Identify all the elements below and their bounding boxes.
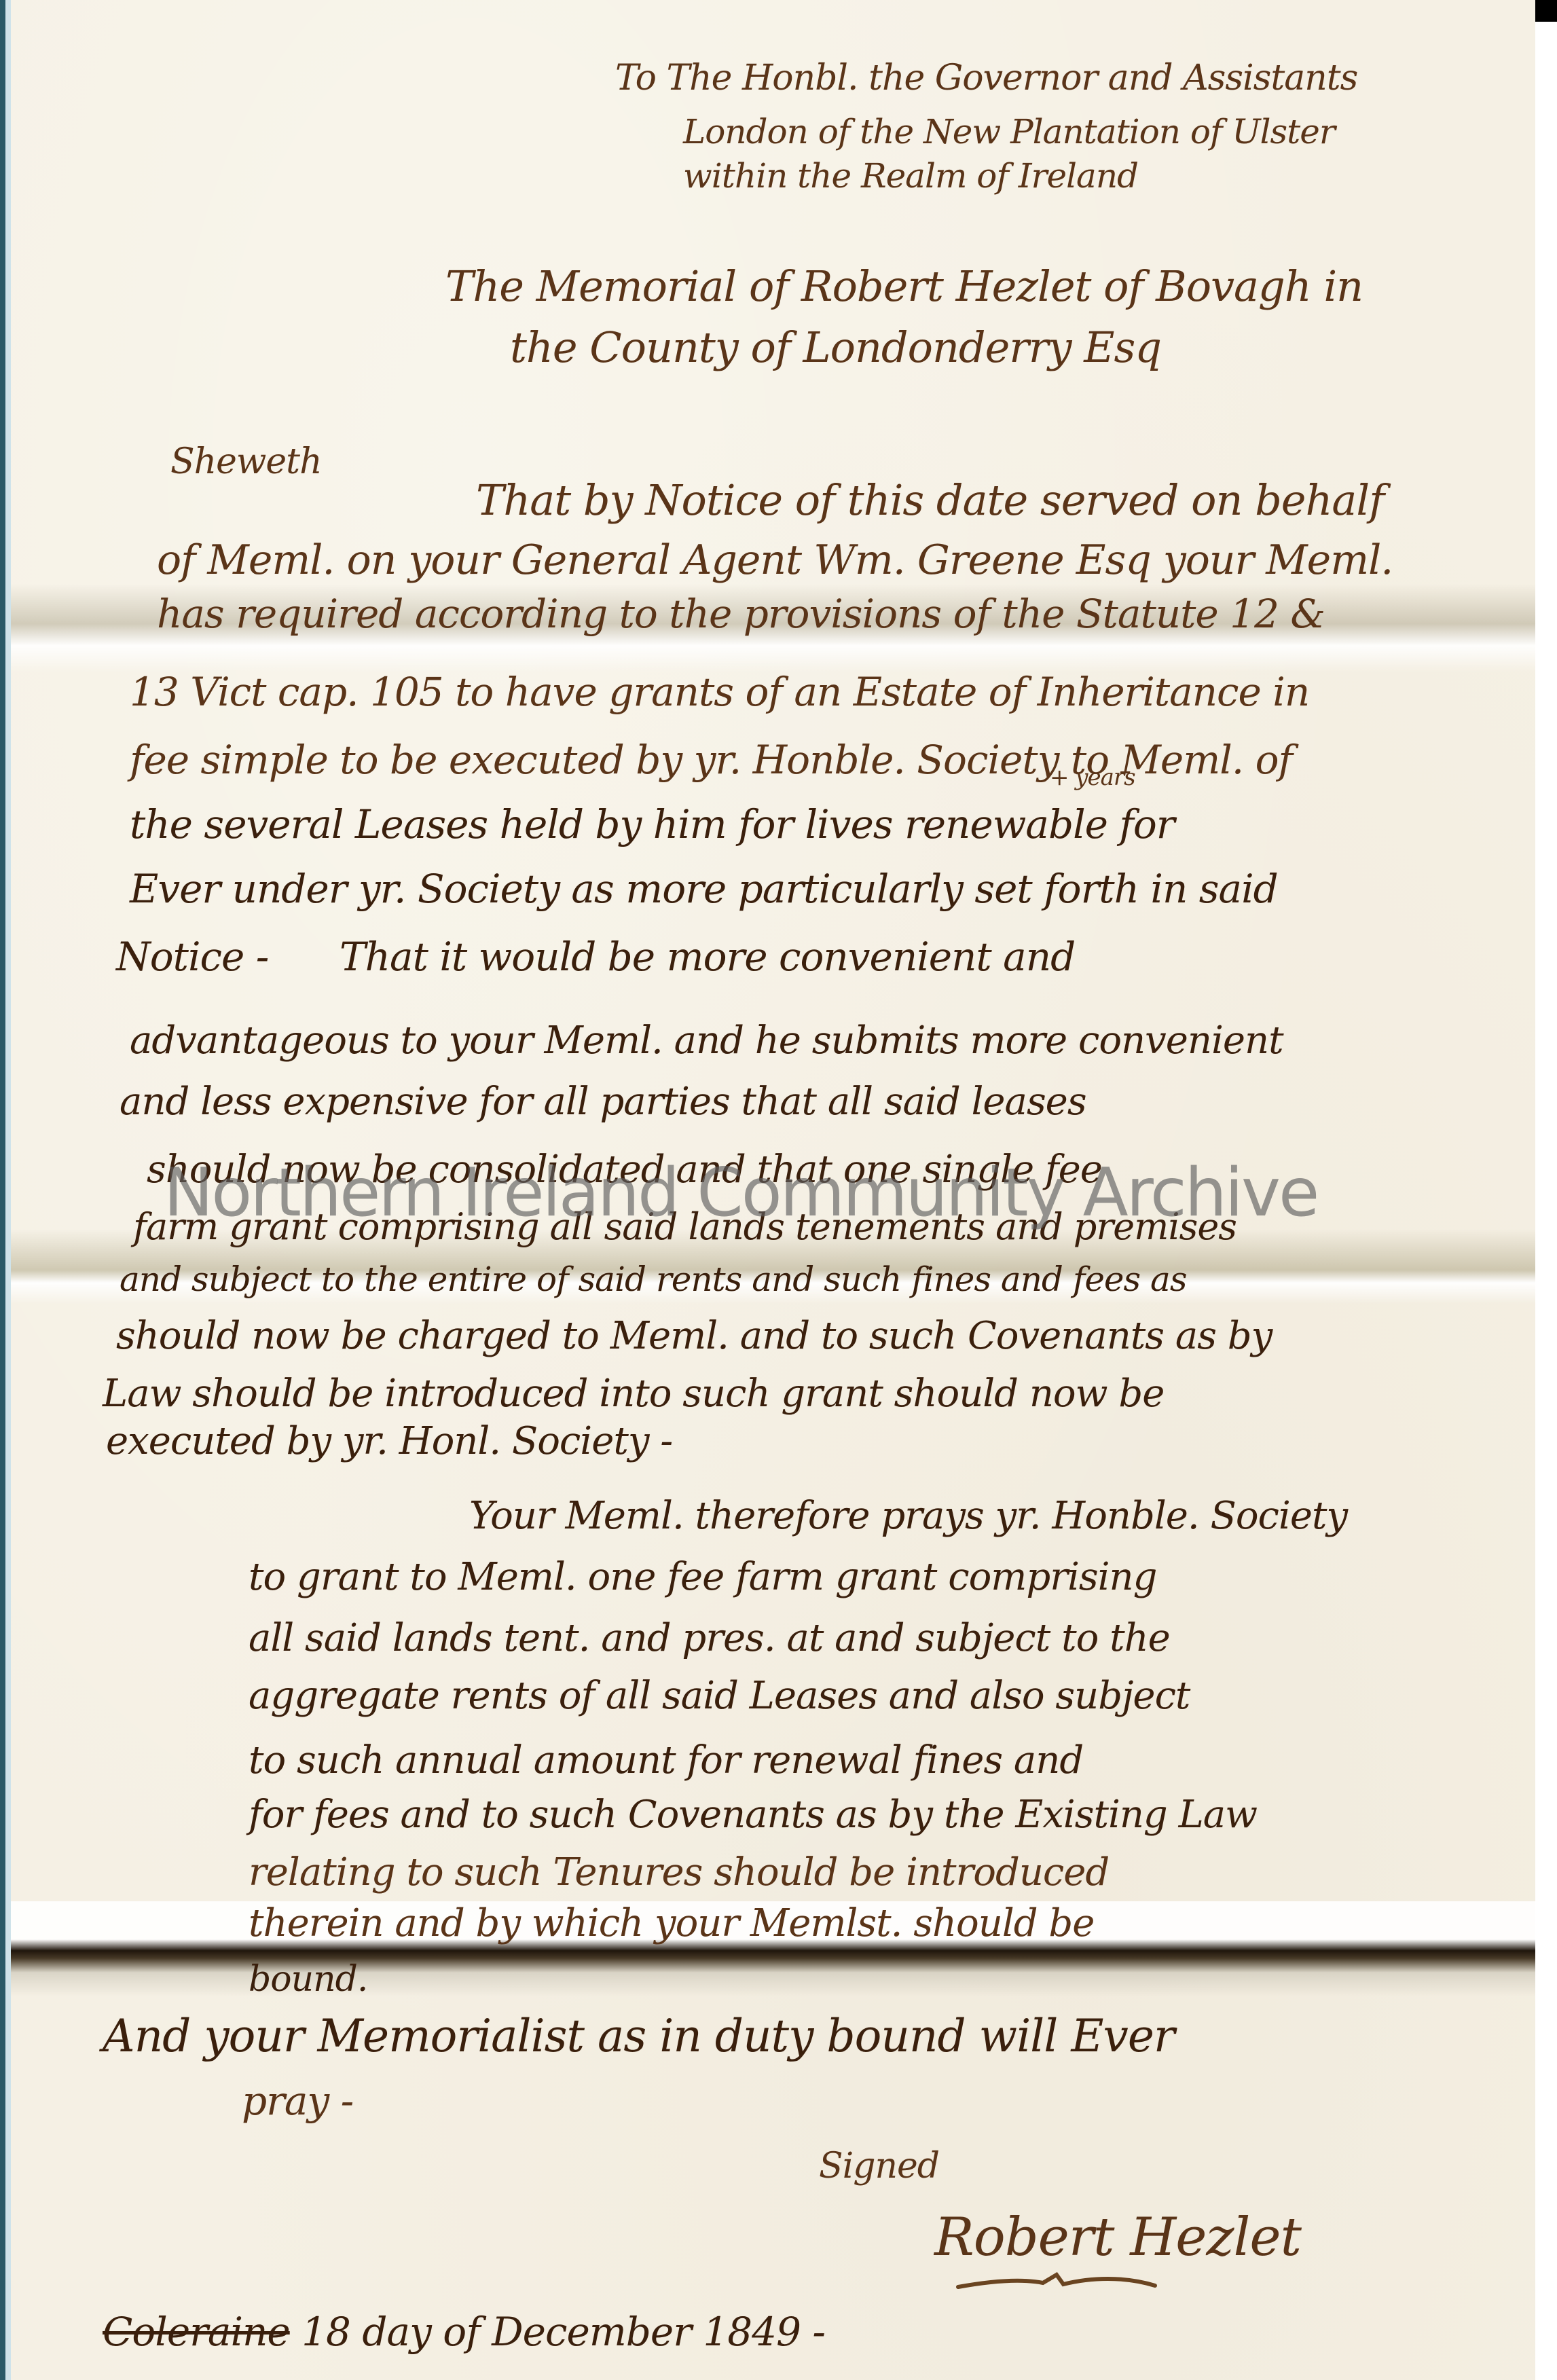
archive-watermark: Northern Ireland Community Archive	[164, 1154, 1317, 1232]
date-text: 18 day of December 1849 -	[301, 2309, 825, 2355]
struck-place-name: Coleraine	[103, 2309, 290, 2355]
memorial-title: the County of Londonderry Esq	[510, 323, 1161, 372]
insertion-note: + years	[1050, 764, 1135, 791]
prayer-line: to grant to Meml. one fee farm grant com…	[249, 1555, 1156, 1599]
signed-label: Signed	[819, 2146, 939, 2186]
document-page: To The Honbl. the Governor and Assistant…	[11, 0, 1535, 2380]
address-line: London of the New Plantation of Ulster	[683, 112, 1335, 151]
body-line: 13 Vict cap. 105 to have grants of an Es…	[130, 669, 1309, 715]
closing-line: pray -	[242, 2078, 353, 2124]
body-line: That by Notice of this date served on be…	[476, 475, 1384, 525]
date-line: Coleraine 18 day of December 1849 -	[103, 2309, 825, 2355]
body-line: and subject to the entire of said rents …	[120, 1260, 1187, 1299]
body-line: and less expensive for all parties that …	[120, 1080, 1086, 1124]
prayer-line: aggregate rents of all said Leases and a…	[249, 1674, 1190, 1718]
body-line: Notice - That it would be more convenien…	[116, 934, 1075, 980]
body-line: the several Leases held by him for lives…	[130, 801, 1175, 847]
body-line: should now be charged to Meml. and to su…	[116, 1314, 1272, 1358]
body-line: has required according to the provisions…	[157, 591, 1325, 637]
prayer-line: relating to such Tenures should be intro…	[249, 1850, 1109, 1894]
scan-frame-left	[0, 0, 11, 2380]
prayer-line: to such annual amount for renewal fines …	[249, 1738, 1083, 1782]
prayer-line: all said lands tent. and pres. at and su…	[249, 1616, 1170, 1660]
signature: Robert Hezlet	[934, 2207, 1301, 2268]
salutation: Sheweth	[170, 441, 322, 482]
body-line: of Meml. on your General Agent Wm. Green…	[157, 536, 1393, 584]
address-line: To The Honbl. the Governor and Assistant…	[615, 58, 1357, 98]
prayer-line: for fees and to such Covenants as by the…	[249, 1793, 1257, 1837]
body-line: executed by yr. Honl. Society -	[106, 1419, 672, 1463]
address-line: within the Realm of Ireland	[683, 156, 1138, 196]
memorial-title: The Memorial of Robert Hezlet of Bovagh …	[445, 261, 1363, 311]
prayer-line: bound.	[249, 1959, 367, 2000]
prayer-line: Your Meml. therefore prays yr. Honble. S…	[469, 1494, 1347, 1538]
signature-underline-icon	[955, 2268, 1158, 2295]
body-line: Law should be introduced into such grant…	[103, 1372, 1164, 1416]
closing-line: And your Memorialist as in duty bound wi…	[103, 2010, 1174, 2062]
prayer-line: therein and by which your Memlst. should…	[249, 1901, 1094, 1945]
body-line: advantageous to your Meml. and he submit…	[130, 1019, 1283, 1063]
body-line: Ever under yr. Society as more particula…	[130, 866, 1278, 912]
